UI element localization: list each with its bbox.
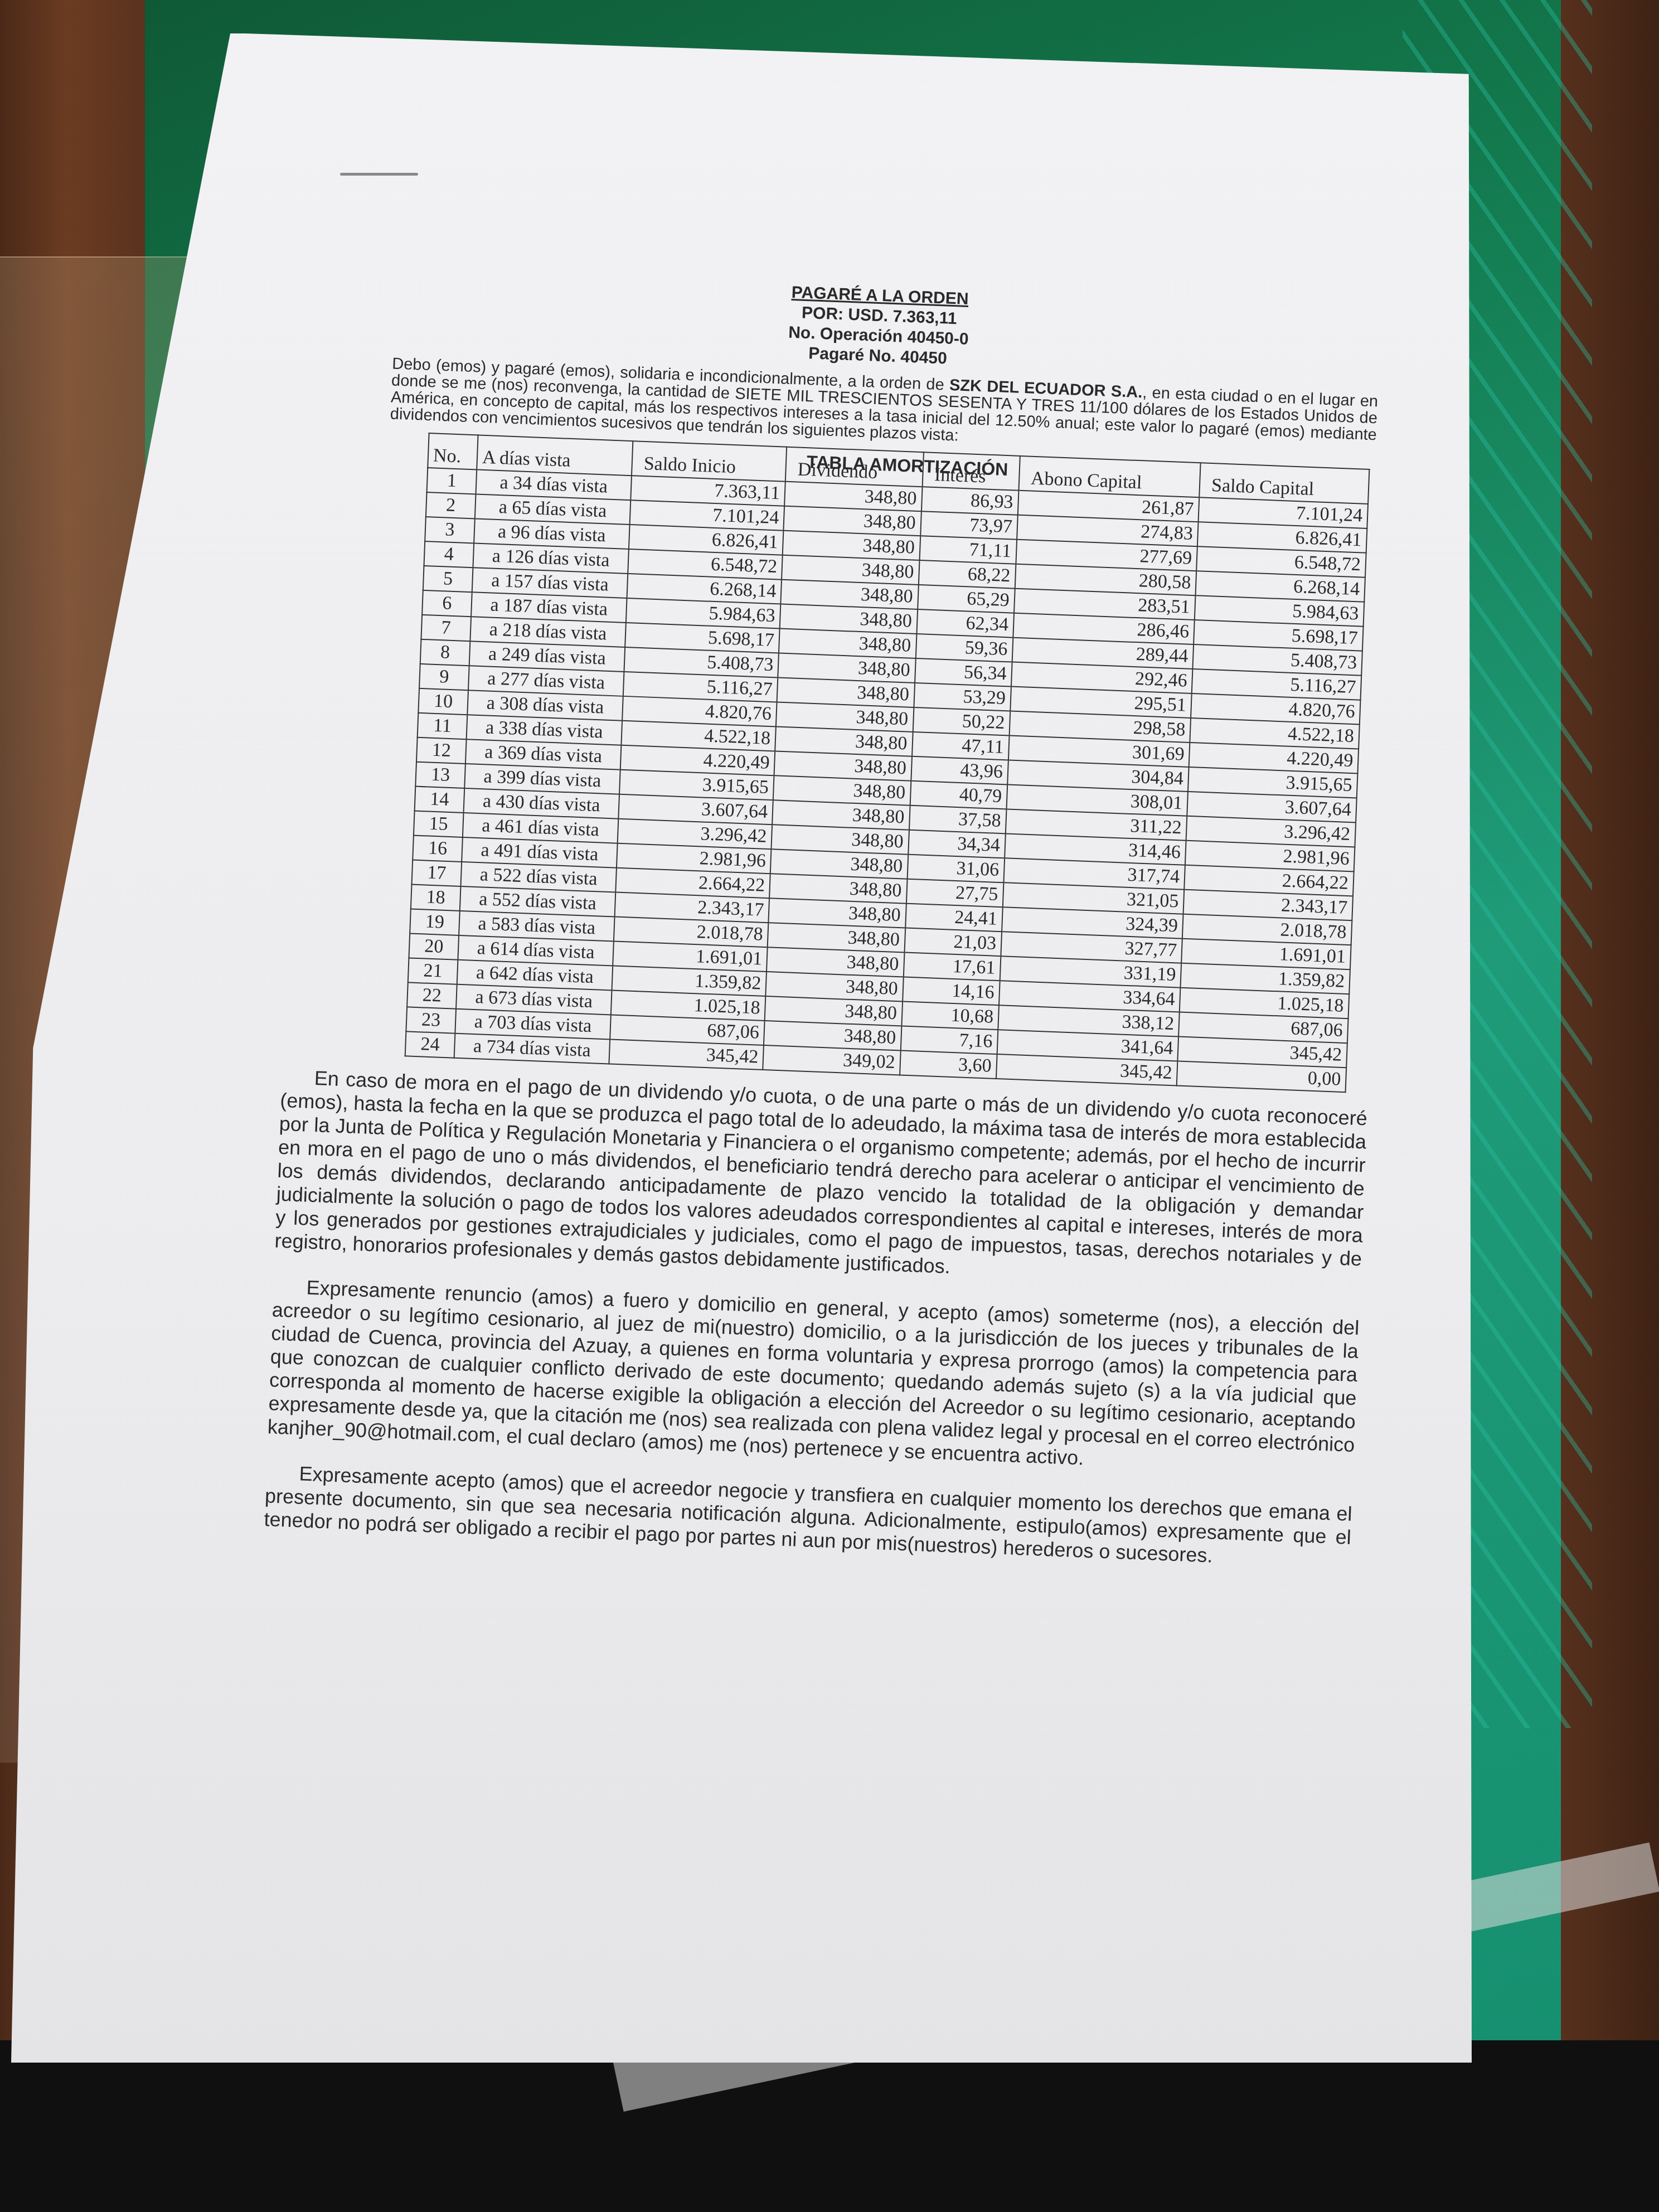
table-cell: 7,16 xyxy=(900,1026,998,1054)
table-cell: 73,97 xyxy=(920,511,1018,540)
table-cell: 345,42 xyxy=(609,1039,764,1070)
table-cell: 50,22 xyxy=(913,707,1010,736)
table-cell: 24 xyxy=(405,1031,455,1058)
table-cell: 3 xyxy=(425,517,475,543)
table-cell: 37,58 xyxy=(909,806,1007,834)
column-header: A días vista xyxy=(477,435,633,476)
table-cell: 14 xyxy=(415,787,465,813)
table-cell: 22 xyxy=(407,982,457,1008)
table-cell: 21 xyxy=(408,958,458,984)
table-cell: 9 xyxy=(419,664,469,690)
table-cell: 16 xyxy=(413,836,463,862)
table-cell: 18 xyxy=(411,885,461,911)
table-cell: 11 xyxy=(418,713,468,739)
table-cell: 62,34 xyxy=(916,609,1014,638)
table-cell: 27,75 xyxy=(906,879,1003,908)
amortization-table-wrapper: TABLA AMORTIZACIÓN No.A días vistaSaldo … xyxy=(405,433,1370,1093)
staple-mark xyxy=(340,173,418,176)
transfer-clause: Expresamente acepto (amos) que el acreed… xyxy=(264,1461,1352,1573)
table-cell: 4 xyxy=(424,541,474,567)
table-cell: 43,96 xyxy=(911,756,1008,785)
table-cell: 7 xyxy=(421,615,471,641)
table-cell: a 734 días vista xyxy=(454,1034,610,1064)
table-cell: 20 xyxy=(409,933,459,959)
table-cell: 17,61 xyxy=(903,953,1001,981)
table-cell: 10 xyxy=(418,688,468,715)
table-body: 1a 34 días vista7.363,11348,8086,93261,8… xyxy=(405,468,1368,1092)
table-cell: 6 xyxy=(422,590,472,617)
promissory-note-page: PAGARÉ A LA ORDEN POR: USD. 7.363,11 No.… xyxy=(11,33,1472,2063)
table-cell: 1 xyxy=(427,468,477,494)
table-cell: 71,11 xyxy=(919,536,1017,564)
table-cell: 34,34 xyxy=(908,830,1006,858)
table-cell: 40,79 xyxy=(910,781,1007,809)
table-cell: 17 xyxy=(412,860,462,886)
table-cell: 19 xyxy=(410,909,460,935)
table-cell: 2 xyxy=(426,492,476,518)
column-header: No. xyxy=(428,433,478,469)
default-interest-clause: En caso de mora en el pago de un dividen… xyxy=(274,1065,1367,1294)
table-cell: 12 xyxy=(416,738,467,764)
column-header: Saldo Inicio xyxy=(632,441,787,482)
table-cell: 10,68 xyxy=(901,1001,999,1030)
table-cell: 15 xyxy=(414,811,464,837)
table-cell: 59,36 xyxy=(915,634,1013,662)
table-cell: 86,93 xyxy=(921,487,1019,515)
table-cell: 13 xyxy=(415,762,465,788)
column-header: Saldo Capital xyxy=(1199,463,1369,504)
table-cell: 31,06 xyxy=(907,855,1005,883)
table-cell: 14,16 xyxy=(903,977,1000,1006)
table-cell: 349,02 xyxy=(763,1045,900,1075)
table-cell: 23 xyxy=(406,1007,456,1033)
table-cell: 53,29 xyxy=(914,683,1011,711)
amortization-table: No.A días vistaSaldo InicioDividendoInte… xyxy=(405,433,1370,1093)
table-cell: 21,03 xyxy=(904,928,1002,957)
document-content: PAGARÉ A LA ORDEN POR: USD. 7.363,11 No.… xyxy=(353,268,1382,1572)
table-cell: 3,60 xyxy=(900,1050,997,1079)
table-cell: 5 xyxy=(423,566,473,592)
table-cell: 68,22 xyxy=(918,560,1016,589)
jurisdiction-clause: Expresamente renuncio (amos) a fuero y d… xyxy=(267,1275,1360,1481)
table-cell: 8 xyxy=(420,639,470,666)
table-cell: 65,29 xyxy=(918,585,1015,613)
table-cell: 56,34 xyxy=(915,658,1012,687)
table-cell: 24,41 xyxy=(905,904,1003,932)
table-cell: 47,11 xyxy=(912,732,1010,760)
